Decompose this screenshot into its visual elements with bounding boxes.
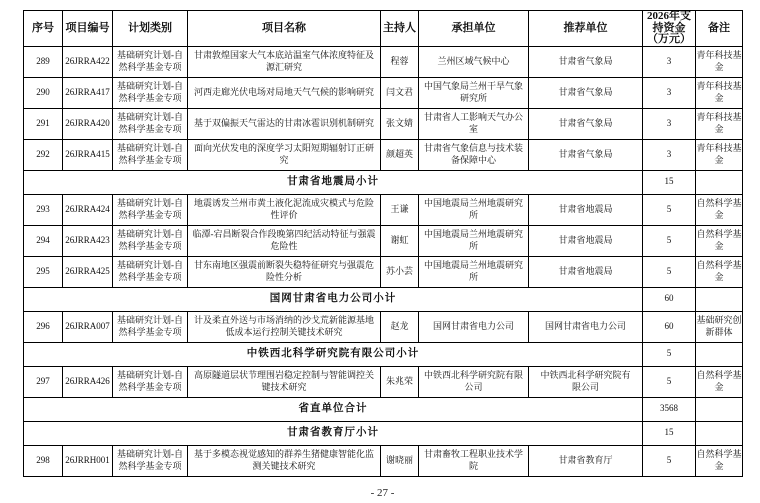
column-header-fund: 2026年支 持资金 （万元） xyxy=(643,11,696,47)
total-label: 省直单位合计 xyxy=(24,397,643,421)
cell-category: 基础研究计划-自 然科学基金专项 xyxy=(113,194,188,225)
cell-category: 基础研究计划-自 然科学基金专项 xyxy=(113,256,188,287)
cell-recommender: 甘肃省气象局 xyxy=(529,108,643,139)
cell-note: 自然科学基 金 xyxy=(696,194,743,225)
cell-org: 兰州区域气候中心 xyxy=(419,46,529,77)
cell-seq: 296 xyxy=(24,311,63,342)
cell-pi: 张文婧 xyxy=(381,108,419,139)
cell-category: 基础研究计划-自 然科学基金专项 xyxy=(113,311,188,342)
cell-org: 甘肃省气象信息与技术装 备保障中心 xyxy=(419,139,529,170)
cell-recommender: 甘肃省教育厅 xyxy=(529,445,643,476)
cell-seq: 294 xyxy=(24,225,63,256)
cell-pi: 谢虹 xyxy=(381,225,419,256)
cell-fund: 3 xyxy=(643,108,696,139)
cell-code: 26JRRA426 xyxy=(63,366,113,397)
cell-note xyxy=(696,342,743,366)
subtotal-label: 中铁西北科学研究院有限公司小计 xyxy=(24,342,643,366)
header-row: 序号 项目编号 计划类别 项目名称 主持人 承担单位 推荐单位 2026年支 持… xyxy=(24,11,743,47)
subtotal-row-guowang: 国网甘肃省电力公司小计 60 xyxy=(24,287,743,311)
cell-note: 青年科技基 金 xyxy=(696,77,743,108)
column-header-code: 项目编号 xyxy=(63,11,113,47)
cell-category: 基础研究计划-自 然科学基金专项 xyxy=(113,139,188,170)
page-number: - 27 - xyxy=(23,487,742,499)
cell-project-name: 基于多模态视觉感知的群养生猪健康智能化监 测关键技术研究 xyxy=(188,445,381,476)
cell-code: 26JRRA420 xyxy=(63,108,113,139)
table-row-292: 292 26JRRA415 基础研究计划-自 然科学基金专项 面向光伏发电的深度… xyxy=(24,139,743,170)
column-header-note: 备注 xyxy=(696,11,743,47)
subtotal-row-zhongtie: 中铁西北科学研究院有限公司小计 5 xyxy=(24,342,743,366)
cell-category: 基础研究计划-自 然科学基金专项 xyxy=(113,77,188,108)
cell-note: 自然科学基 金 xyxy=(696,256,743,287)
cell-category: 基础研究计划-自 然科学基金专项 xyxy=(113,445,188,476)
cell-code: 26JRRA425 xyxy=(63,256,113,287)
cell-recommender: 甘肃省地震局 xyxy=(529,194,643,225)
cell-org: 中国地震局兰州地震研究 所 xyxy=(419,256,529,287)
cell-note xyxy=(696,397,743,421)
column-header-category: 计划类别 xyxy=(113,11,188,47)
table-row-291: 291 26JRRA420 基础研究计划-自 然科学基金专项 基于双偏振天气雷达… xyxy=(24,108,743,139)
cell-note: 青年科技基 金 xyxy=(696,139,743,170)
table-row-298: 298 26JRRH001 基础研究计划-自 然科学基金专项 基于多模态视觉感知… xyxy=(24,445,743,476)
cell-pi: 谢晓丽 xyxy=(381,445,419,476)
cell-fund: 3568 xyxy=(643,397,696,421)
cell-fund: 5 xyxy=(643,366,696,397)
cell-project-name: 基于双偏振天气雷达的甘肃冰雹识别机制研究 xyxy=(188,108,381,139)
cell-code: 26JRRA422 xyxy=(63,46,113,77)
column-header-seq: 序号 xyxy=(24,11,63,47)
cell-seq: 293 xyxy=(24,194,63,225)
cell-note: 基础研究创 新群体 xyxy=(696,311,743,342)
cell-org: 国网甘肃省电力公司 xyxy=(419,311,529,342)
cell-note: 青年科技基 金 xyxy=(696,46,743,77)
cell-recommender: 甘肃省气象局 xyxy=(529,139,643,170)
cell-seq: 298 xyxy=(24,445,63,476)
cell-fund: 5 xyxy=(643,225,696,256)
cell-recommender: 甘肃省气象局 xyxy=(529,77,643,108)
cell-fund: 15 xyxy=(643,170,696,194)
table-row-296: 296 26JRRA007 基础研究计划-自 然科学基金专项 计及柔直外送与市场… xyxy=(24,311,743,342)
cell-note xyxy=(696,170,743,194)
subtotal-label: 甘肃省地震局小计 xyxy=(24,170,643,194)
total-row-shengzhi: 省直单位合计 3568 xyxy=(24,397,743,421)
cell-code: 26JRRH001 xyxy=(63,445,113,476)
cell-recommender: 甘肃省地震局 xyxy=(529,256,643,287)
cell-seq: 291 xyxy=(24,108,63,139)
cell-code: 26JRRA423 xyxy=(63,225,113,256)
cell-recommender: 甘肃省气象局 xyxy=(529,46,643,77)
cell-seq: 295 xyxy=(24,256,63,287)
cell-category: 基础研究计划-自 然科学基金专项 xyxy=(113,225,188,256)
cell-fund: 60 xyxy=(643,287,696,311)
cell-org: 甘肃省人工影响天气办公 室 xyxy=(419,108,529,139)
cell-org: 中铁西北科学研究院有限 公司 xyxy=(419,366,529,397)
cell-pi: 朱兆荣 xyxy=(381,366,419,397)
cell-pi: 颜超英 xyxy=(381,139,419,170)
cell-note xyxy=(696,287,743,311)
table-row-293: 293 26JRRA424 基础研究计划-自 然科学基金专项 地震诱发兰州市黄土… xyxy=(24,194,743,225)
cell-category: 基础研究计划-自 然科学基金专项 xyxy=(113,366,188,397)
table-row-290: 290 26JRRA417 基础研究计划-自 然科学基金专项 河西走廊光伏电场对… xyxy=(24,77,743,108)
cell-seq: 290 xyxy=(24,77,63,108)
cell-project-name: 计及柔直外送与市场消纳的沙戈荒新能源基地 低成本运行控制关键技术研究 xyxy=(188,311,381,342)
subtotal-row-jiaoyuting: 甘肃省教育厅小计 15 xyxy=(24,421,743,445)
cell-pi: 闫文君 xyxy=(381,77,419,108)
subtotal-label: 国网甘肃省电力公司小计 xyxy=(24,287,643,311)
cell-project-name: 高原隧道层状节理围岩稳定控制与智能调控关 键技术研究 xyxy=(188,366,381,397)
cell-seq: 289 xyxy=(24,46,63,77)
cell-seq: 297 xyxy=(24,366,63,397)
cell-project-name: 面向光伏发电的深度学习太阳短期辐射订正研 究 xyxy=(188,139,381,170)
cell-project-name: 甘东南地区强震前断裂失稳特征研究与强震危 险性分析 xyxy=(188,256,381,287)
cell-project-name: 甘肃敦煌国家大气本底站温室气体浓度特征及 源汇研究 xyxy=(188,46,381,77)
cell-org: 甘肃畜牧工程职业技术学 院 xyxy=(419,445,529,476)
projects-table: 序号 项目编号 计划类别 项目名称 主持人 承担单位 推荐单位 2026年支 持… xyxy=(23,10,743,477)
cell-pi: 王谦 xyxy=(381,194,419,225)
cell-fund: 5 xyxy=(643,445,696,476)
cell-recommender: 甘肃省地震局 xyxy=(529,225,643,256)
cell-project-name: 临潭-宕昌断裂合作段晚第四纪活动特征与强震 危险性 xyxy=(188,225,381,256)
cell-fund: 3 xyxy=(643,77,696,108)
cell-fund: 5 xyxy=(643,194,696,225)
cell-code: 26JRRA007 xyxy=(63,311,113,342)
cell-fund: 5 xyxy=(643,256,696,287)
column-header-name: 项目名称 xyxy=(188,11,381,47)
cell-pi: 苏小芸 xyxy=(381,256,419,287)
cell-category: 基础研究计划-自 然科学基金专项 xyxy=(113,46,188,77)
column-header-recommender: 推荐单位 xyxy=(529,11,643,47)
cell-code: 26JRRA417 xyxy=(63,77,113,108)
column-header-pi: 主持人 xyxy=(381,11,419,47)
table-row-289: 289 26JRRA422 基础研究计划-自 然科学基金专项 甘肃敦煌国家大气本… xyxy=(24,46,743,77)
cell-pi: 赵龙 xyxy=(381,311,419,342)
column-header-org: 承担单位 xyxy=(419,11,529,47)
subtotal-row-dizhenju: 甘肃省地震局小计 15 xyxy=(24,170,743,194)
cell-org: 中国地震局兰州地震研究 所 xyxy=(419,194,529,225)
subtotal-label: 甘肃省教育厅小计 xyxy=(24,421,643,445)
cell-recommender: 国网甘肃省电力公司 xyxy=(529,311,643,342)
cell-org: 中国地震局兰州地震研究 所 xyxy=(419,225,529,256)
cell-note: 青年科技基 金 xyxy=(696,108,743,139)
cell-fund: 60 xyxy=(643,311,696,342)
cell-fund: 15 xyxy=(643,421,696,445)
cell-note xyxy=(696,421,743,445)
cell-note: 自然科学基 金 xyxy=(696,366,743,397)
cell-note: 自然科学基 金 xyxy=(696,445,743,476)
cell-org: 中国气象局兰州干旱气象 研究所 xyxy=(419,77,529,108)
cell-project-name: 地震诱发兰州市黄土液化泥流成灾模式与危险 性评价 xyxy=(188,194,381,225)
cell-code: 26JRRA424 xyxy=(63,194,113,225)
cell-fund: 3 xyxy=(643,139,696,170)
cell-fund: 3 xyxy=(643,46,696,77)
cell-seq: 292 xyxy=(24,139,63,170)
cell-note: 自然科学基 金 xyxy=(696,225,743,256)
table-row-297: 297 26JRRA426 基础研究计划-自 然科学基金专项 高原隧道层状节理围… xyxy=(24,366,743,397)
table-row-294: 294 26JRRA423 基础研究计划-自 然科学基金专项 临潭-宕昌断裂合作… xyxy=(24,225,743,256)
table-row-295: 295 26JRRA425 基础研究计划-自 然科学基金专项 甘东南地区强震前断… xyxy=(24,256,743,287)
cell-project-name: 河西走廊光伏电场对局地天气气候的影响研究 xyxy=(188,77,381,108)
cell-recommender: 中铁西北科学研究院有 限公司 xyxy=(529,366,643,397)
cell-fund: 5 xyxy=(643,342,696,366)
cell-category: 基础研究计划-自 然科学基金专项 xyxy=(113,108,188,139)
cell-pi: 程蓉 xyxy=(381,46,419,77)
cell-code: 26JRRA415 xyxy=(63,139,113,170)
